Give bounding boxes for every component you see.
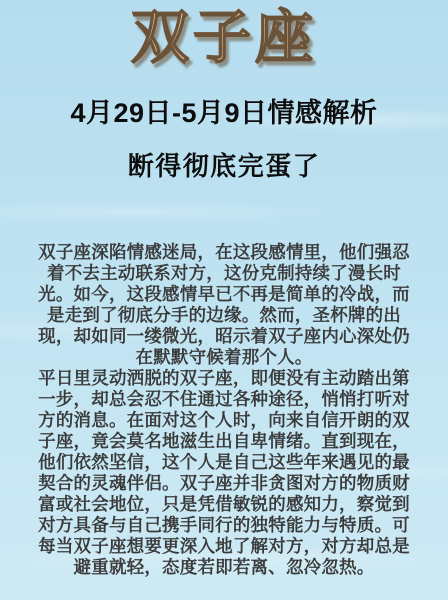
analysis-text: 双子座深陷情感迷局，在这段感情里，他们强忍着不去主动联系对方，这份克制持续了漫长… xyxy=(0,242,448,578)
text-line: 在默默守候着那个人。 xyxy=(18,347,430,368)
text-line: 富或社会地位，只是凭借敏锐的感知力，察觉到 xyxy=(18,494,430,515)
text-line: 方的消息。在面对这个人时，向来自信开朗的双 xyxy=(18,410,430,431)
text-line: 是走到了彻底分手的边缘。然而，圣杯牌的出 xyxy=(18,305,430,326)
verdict-heading: 断得彻底完蛋了 xyxy=(0,151,448,182)
paragraph: 双子座深陷情感迷局，在这段感情里，他们强忍着不去主动联系对方，这份克制持续了漫长… xyxy=(18,242,430,368)
text-line: 光。如今，这段感情早已不再是简单的冷战，而 xyxy=(18,284,430,305)
text-line: 避重就轻，态度若即若离、忽冷忽热。 xyxy=(18,557,430,578)
text-line: 平日里灵动洒脱的双子座，即便没有主动踏出第 xyxy=(18,368,430,389)
page-title: 双子座 xyxy=(0,0,448,70)
text-line: 每当双子座想要更深入地了解对方，对方却总是 xyxy=(18,536,430,557)
text-line: 双子座深陷情感迷局，在这段感情里，他们强忍 xyxy=(18,242,430,263)
text-line: 对方具备与自己携手同行的独特能力与特质。可 xyxy=(18,515,430,536)
text-line: 子座，竟会莫名地滋生出自卑情绪。直到现在， xyxy=(18,431,430,452)
paragraph: 平日里灵动洒脱的双子座，即便没有主动踏出第一步，却总会忍不住通过各种途径，悄悄打… xyxy=(18,368,430,578)
text-line: 现，却如同一缕微光，昭示着双子座内心深处仍 xyxy=(18,326,430,347)
text-line: 着不去主动联系对方，这份克制持续了漫长时 xyxy=(18,263,430,284)
horoscope-poster: 双子座 4月29日-5月9日情感解析 断得彻底完蛋了 双子座深陷情感迷局，在这段… xyxy=(0,0,448,600)
text-line: 他们依然坚信，这个人是自己这些年来遇见的最 xyxy=(18,452,430,473)
date-range-heading: 4月29日-5月9日情感解析 xyxy=(0,98,448,128)
text-line: 契合的灵魂伴侣。双子座并非贪图对方的物质财 xyxy=(18,473,430,494)
text-line: 一步，却总会忍不住通过各种途径，悄悄打听对 xyxy=(18,389,430,410)
